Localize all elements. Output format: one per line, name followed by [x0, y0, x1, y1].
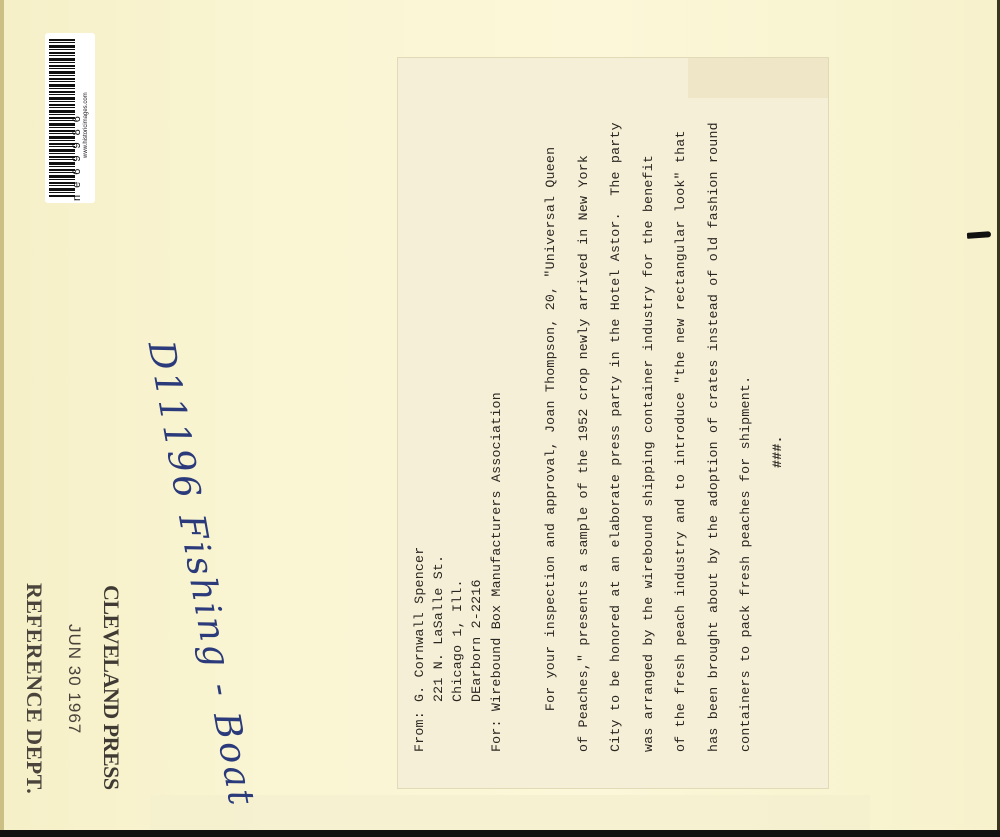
- release-body: For your inspection and approval, Joan T…: [535, 62, 763, 752]
- sender-name: G. Cornwall Spencer: [412, 547, 427, 702]
- from-block: From:G. Cornwall Spencer 221 N. LaSalle …: [410, 547, 486, 752]
- body-line: City to be honored at an elaborate press…: [600, 62, 633, 752]
- body-line: of Peaches," presents a sample of the 19…: [568, 62, 601, 752]
- body-line: For your inspection and approval, Joan T…: [535, 62, 568, 752]
- sender-street: 221 N. LaSalle St.: [429, 547, 448, 752]
- handwritten-note: D11196 Fishing - Boat: [140, 338, 262, 811]
- body-line: has been brought about by the adoption o…: [698, 62, 731, 752]
- publisher-stamp: CLEVELAND PRESS: [98, 585, 124, 790]
- body-line: of the fresh peach industry and to intro…: [665, 62, 698, 752]
- sender-phone: DEarborn 2-2216: [467, 547, 486, 752]
- end-mark: ###.: [770, 435, 785, 468]
- department-stamp: REFERENCE DEPT.: [21, 583, 47, 794]
- body-line: was arranged by the wirebound shipping c…: [633, 62, 666, 752]
- from-label: From:: [410, 702, 429, 752]
- press-release-text: From:G. Cornwall Spencer 221 N. LaSalle …: [398, 58, 828, 788]
- page-left-edge: [0, 0, 4, 830]
- for-line: For: Wirebound Box Manufacturers Associa…: [489, 392, 504, 752]
- sender-city: Chicago 1, Ill.: [448, 547, 467, 752]
- barcode-url: www.historicimages.com: [83, 92, 89, 158]
- photo-back-page: ne69986 www.historicimages.com From:G. C…: [0, 0, 1000, 830]
- date-stamp: JUN 30 1967: [64, 624, 84, 734]
- press-release-sheet: From:G. Cornwall Spencer 221 N. LaSalle …: [398, 58, 828, 788]
- scan-border: [0, 830, 1000, 837]
- from-line-1: From:G. Cornwall Spencer: [410, 547, 429, 752]
- body-line: containers to pack fresh peaches for shi…: [730, 62, 763, 752]
- ink-mark: [967, 231, 991, 239]
- barcode-sticker: ne69986 www.historicimages.com: [45, 33, 95, 203]
